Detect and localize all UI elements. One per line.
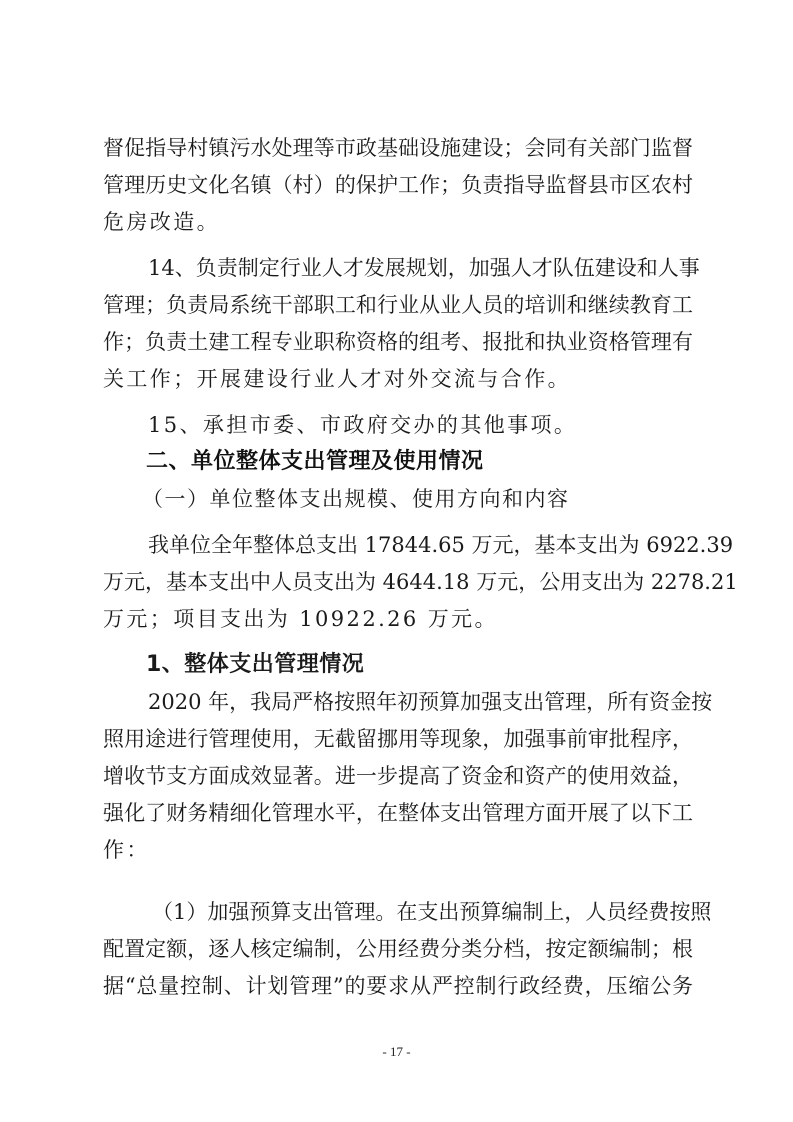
paragraph-line: 14、负责制定行业人才发展规划，加强人才队伍建设和人事	[148, 255, 693, 281]
paragraph-line: 据“总量控制、计划管理”的要求从严控制行政经费，压缩公务	[103, 973, 693, 999]
paragraph-line: 管理历史文化名镇（村）的保护工作；负责指导监督县市区农村	[103, 172, 693, 198]
paragraph-line: 关工作；开展建设行业人才对外交流与合作。	[103, 366, 693, 392]
paragraph-line: 强化了财务精细化管理水平，在整体支出管理方面开展了以下工	[103, 800, 693, 826]
paragraph-line: 2020 年，我局严格按照年初预算加强支出管理，所有资金按	[148, 689, 693, 715]
paragraph-line: 配置定额，逐人核定编制，公用经费分类分档，按定额编制；根	[103, 936, 693, 962]
paragraph-line: 危房改造。	[103, 209, 693, 235]
paragraph-line: 督促指导村镇污水处理等市政基础设施建设；会同有关部门监督	[103, 135, 693, 161]
paragraph-line: （1）加强预算支出管理。在支出预算编制上，人员经费按照	[152, 899, 693, 925]
paragraph-line: 15、承担市委、市政府交办的其他事项。	[148, 412, 738, 438]
paragraph-line: 作：	[103, 837, 693, 863]
document-page: 督促指导村镇污水处理等市政基础设施建设；会同有关部门监督 管理历史文化名镇（村）…	[0, 0, 793, 1122]
paragraph-line: 作；负责土建工程专业职称资格的组考、报批和执业资格管理有	[103, 329, 693, 355]
paragraph-line: 管理；负责局系统干部职工和行业从业人员的培训和继续教育工	[103, 292, 693, 318]
section-heading: 二、单位整体支出管理及使用情况	[146, 449, 736, 475]
paragraph-line: 万元，基本支出中人员支出为 4644.18 万元，公用支出为 2278.21	[103, 569, 693, 595]
item-heading: 1、整体支出管理情况	[146, 652, 736, 678]
paragraph-line: 我单位全年整体总支出 17844.65 万元，基本支出为 6922.39	[148, 532, 693, 558]
page-number: - 17 -	[0, 1044, 793, 1060]
paragraph-line: 万元；项目支出为 10922.26 万元。	[103, 606, 693, 632]
subsection-heading: （一）单位整体支出规模、使用方向和内容	[142, 486, 732, 512]
paragraph-line: 照用途进行管理使用，无截留挪用等现象，加强事前审批程序，	[103, 726, 693, 752]
paragraph-line: 增收节支方面成效显著。进一步提高了资金和资产的使用效益，	[103, 763, 693, 789]
